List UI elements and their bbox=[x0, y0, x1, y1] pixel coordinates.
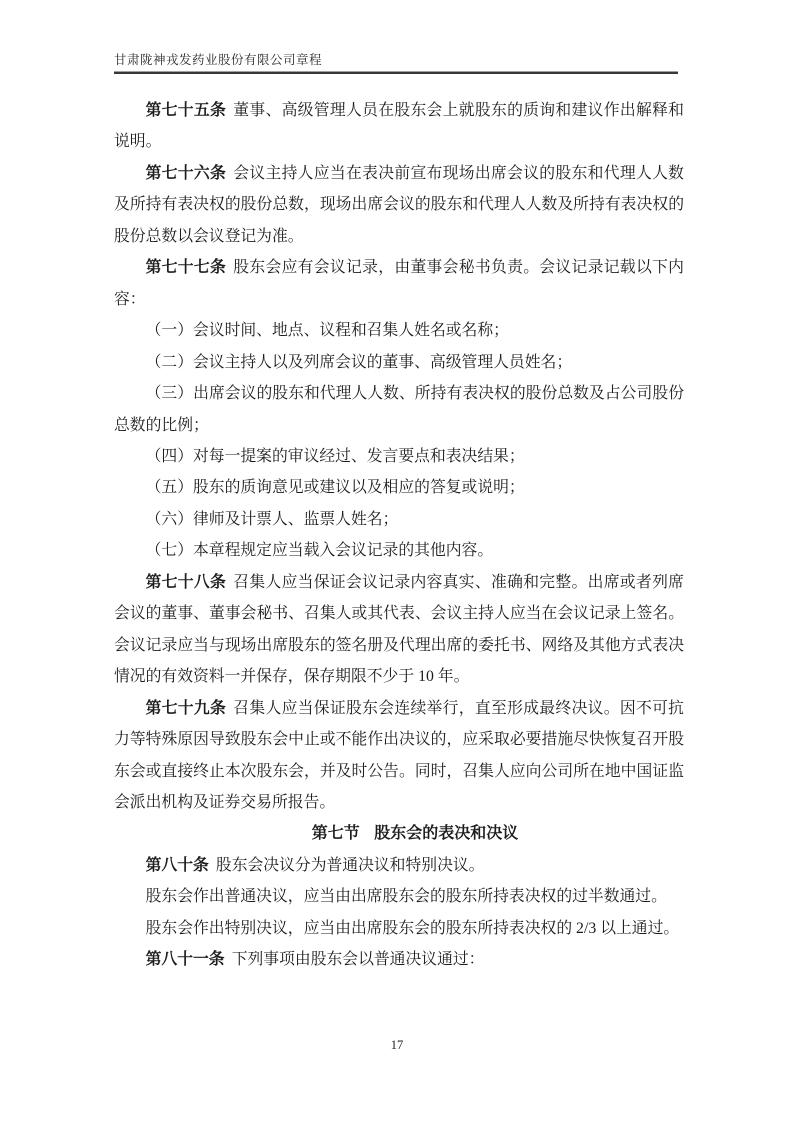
article-80-text: 股东会决议分为普通决议和特别决议。 bbox=[216, 857, 485, 874]
section-heading-label: 第七节 bbox=[312, 825, 360, 842]
article-80-ordinary-resolution: 股东会作出普通决议，应当由出席股东会的股东所持表决权的过半数通过。 bbox=[114, 881, 684, 912]
article-75-number: 第七十五条 bbox=[146, 102, 234, 119]
article-77: 第七十七条股东会应有会议记录，由董事会秘书负责。会议记录记载以下内容： bbox=[114, 252, 684, 315]
list-item: （七）本章程规定应当载入会议记录的其他内容。 bbox=[114, 535, 684, 566]
article-80: 第八十条股东会决议分为普通决议和特别决议。 bbox=[114, 850, 684, 881]
article-80-special-resolution: 股东会作出特别决议，应当由出席股东会的股东所持表决权的 2/3 以上通过。 bbox=[114, 913, 684, 944]
article-81: 第八十一条下列事项由股东会以普通决议通过： bbox=[114, 944, 684, 975]
article-76-number: 第七十六条 bbox=[146, 165, 234, 182]
document-page: 甘肃陇神戎发药业股份有限公司章程 第七十五条董事、高级管理人员在股东会上就股东的… bbox=[0, 0, 794, 1122]
header-rule bbox=[114, 71, 678, 74]
article-81-text: 下列事项由股东会以普通决议通过： bbox=[232, 951, 485, 968]
section-heading: 第七节股东会的表决和决议 bbox=[114, 818, 684, 849]
list-item: （五）股东的质询意见或建议以及相应的答复或说明； bbox=[114, 472, 684, 503]
list-item: （三）出席会议的股东和代理人人数、所持有表决权的股份总数及占公司股份总数的比例； bbox=[114, 378, 684, 441]
section-heading-title: 股东会的表决和决议 bbox=[374, 825, 518, 842]
header-title: 甘肃陇神戎发药业股份有限公司章程 bbox=[114, 52, 678, 68]
list-item: （二）会议主持人以及列席会议的董事、高级管理人员姓名； bbox=[114, 347, 684, 378]
page-footer: 17 bbox=[0, 1038, 794, 1053]
article-78: 第七十八条召集人应当保证会议记录内容真实、准确和完整。出席或者列席会议的董事、董… bbox=[114, 567, 684, 693]
article-78-number: 第七十八条 bbox=[146, 574, 234, 591]
article-81-number: 第八十一条 bbox=[146, 951, 232, 968]
list-item: （四）对每一提案的审议经过、发言要点和表决结果； bbox=[114, 441, 684, 472]
article-75: 第七十五条董事、高级管理人员在股东会上就股东的质询和建议作出解释和说明。 bbox=[114, 95, 684, 158]
document-body: 第七十五条董事、高级管理人员在股东会上就股东的质询和建议作出解释和说明。 第七十… bbox=[114, 95, 684, 976]
article-76: 第七十六条会议主持人应当在表决前宣布现场出席会议的股东和代理人人数及所持有表决权… bbox=[114, 158, 684, 252]
page-number: 17 bbox=[391, 1038, 404, 1052]
article-80-number: 第八十条 bbox=[146, 857, 216, 874]
list-item: （六）律师及计票人、监票人姓名； bbox=[114, 504, 684, 535]
article-77-number: 第七十七条 bbox=[146, 259, 234, 276]
list-item: （一）会议时间、地点、议程和召集人姓名或名称； bbox=[114, 315, 684, 346]
article-79: 第七十九条召集人应当保证股东会连续举行，直至形成最终决议。因不可抗力等特殊原因导… bbox=[114, 693, 684, 819]
article-79-number: 第七十九条 bbox=[146, 700, 234, 717]
page-header: 甘肃陇神戎发药业股份有限公司章程 bbox=[114, 52, 678, 74]
